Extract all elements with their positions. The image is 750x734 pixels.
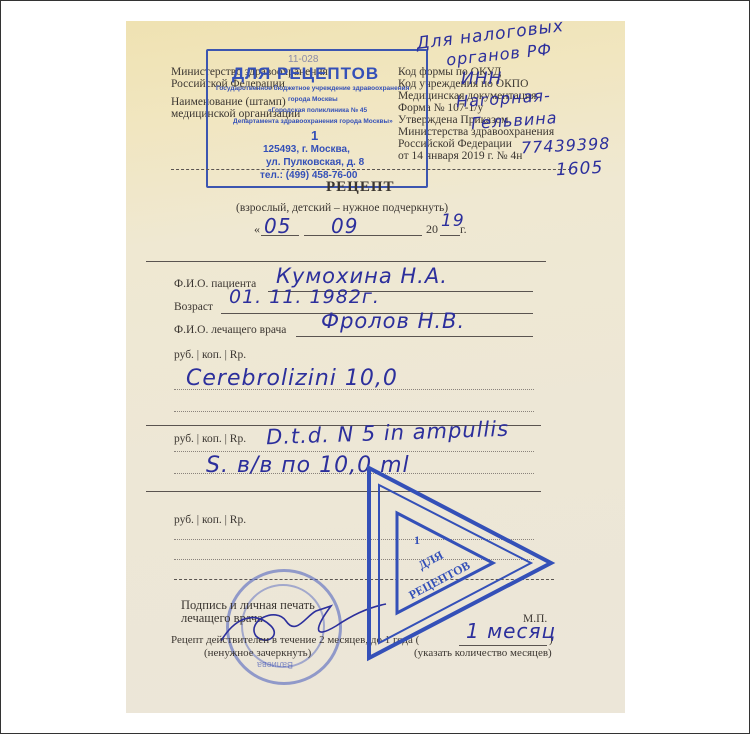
rx3-label: руб. | коп. | Rp. xyxy=(174,514,246,526)
doctor-name: Фролов Н.В. xyxy=(321,309,465,333)
note-inn: 77439398 xyxy=(521,134,611,158)
stamp-line4: Департамента здравоохранения города Моск… xyxy=(233,118,393,125)
stamp-title: ДЛЯ РЕЦЕПТОВ xyxy=(232,64,379,84)
stamp-line3: «Городская поликлиника № 45 xyxy=(268,107,367,114)
age-label: Возраст xyxy=(174,301,213,313)
stamp-address1: 125493, г. Москва, xyxy=(263,144,350,155)
note-kpp: 1605 xyxy=(556,158,604,180)
age-value: 01. 11. 1982г. xyxy=(229,286,380,308)
validity-note-left: (ненужное зачеркнуть) xyxy=(204,647,311,659)
tri-stamp-number: 1 xyxy=(414,533,420,548)
rx1-label: руб. | коп. | Rp. xyxy=(174,349,246,361)
rx2-form: D.t.d. N 5 in ampullis xyxy=(266,417,510,449)
month-underline xyxy=(304,235,422,236)
rx2-label: руб. | коп. | Rp. xyxy=(174,433,246,445)
stamp-address2: ул. Пулковская, д. 8 xyxy=(266,157,364,168)
year-label: г. xyxy=(460,223,467,235)
stamp-line1: Государственное бюджетное учреждение здр… xyxy=(216,85,409,92)
doctor-label: Ф.И.О. лечащего врача xyxy=(174,324,286,336)
date-day: 05 xyxy=(264,214,291,238)
separator-line xyxy=(146,261,546,262)
rx2-dotted-1 xyxy=(174,451,534,452)
patient-name: Кумохина Н.А. xyxy=(276,264,448,288)
prescription-form: Министерство здравоохранения Российской … xyxy=(126,21,625,713)
header-separator xyxy=(171,169,571,170)
stamp-number: 1 xyxy=(311,128,318,143)
date-month: 09 xyxy=(331,214,358,238)
stamp-line2: города Москвы xyxy=(288,96,338,103)
rx1-dotted-2 xyxy=(174,411,534,412)
document-subtitle: (взрослый, детский – нужное подчеркнуть) xyxy=(236,202,448,214)
institution-stamp: 11-028 ДЛЯ РЕЦЕПТОВ Государственное бюдж… xyxy=(206,49,428,188)
rx1-drug: Cerebrolizini 10,0 xyxy=(186,366,398,391)
date-quote: « xyxy=(254,223,260,235)
document-title: РЕЦЕПТ xyxy=(326,181,395,193)
round-stamp-text: Валиева xyxy=(257,660,293,670)
note-line3: ИНН xyxy=(461,69,502,89)
year-underline xyxy=(440,235,460,236)
year-prefix: 20 xyxy=(426,223,438,235)
doctor-underline xyxy=(296,336,533,337)
